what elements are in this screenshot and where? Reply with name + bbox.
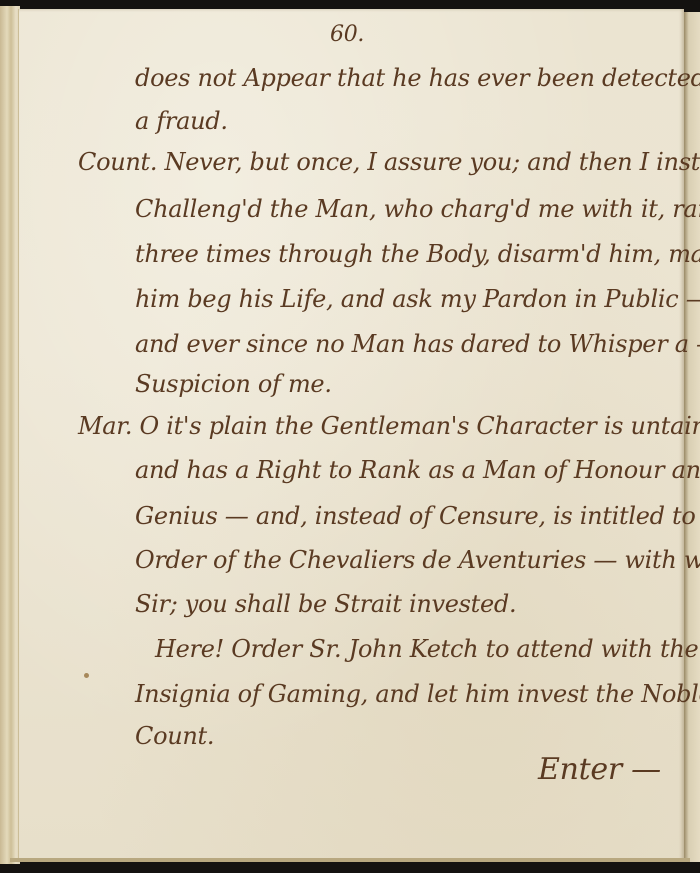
manuscript-line: Suspicion of me. [135, 370, 332, 398]
manuscript-line: three times through the Body, disarm'd h… [135, 240, 700, 268]
speaker-name: Count. [78, 148, 157, 176]
manuscript-line: Genius — and, instead of Censure, is int… [135, 502, 700, 530]
manuscript-line: Count. [135, 722, 214, 750]
manuscript-line: Here! Order Sr. John Ketch to attend wit… [155, 635, 700, 663]
page-number: 60. [330, 22, 364, 47]
stage-direction-enter: Enter — [538, 752, 661, 787]
speaker-count-line: Count. Never, but once, I assure you; an… [78, 148, 700, 176]
speech-text: Never, but once, I assure you; and then … [165, 148, 700, 176]
manuscript-line: Challeng'd the Man, who charg'd me with … [135, 195, 700, 223]
manuscript-line: Order of the Chevaliers de Aventuries — … [135, 546, 700, 574]
manuscript-line: does not Appear that he has ever been de… [135, 64, 700, 92]
ink-blot [84, 673, 89, 678]
speaker-mar-line: Mar. O it's plain the Gentleman's Charac… [78, 412, 700, 440]
speech-text: O it's plain the Gentleman's Character i… [140, 412, 700, 440]
page-bottom-edge [10, 858, 690, 862]
manuscript-line: him beg his Life, and ask my Pardon in P… [135, 285, 700, 313]
manuscript-line: and has a Right to Rank as a Man of Hono… [135, 456, 700, 484]
manuscript-frame: 60. does not Appear that he has ever bee… [0, 0, 700, 873]
manuscript-line: Sir; you shall be Strait invested. [135, 590, 516, 618]
manuscript-line: a fraud. [135, 107, 228, 135]
manuscript-line: and ever since no Man has dared to Whisp… [135, 330, 700, 358]
manuscript-line: Insignia of Gaming, and let him invest t… [135, 680, 700, 708]
binding-edge-left [0, 6, 20, 864]
speaker-name: Mar. [78, 412, 132, 440]
